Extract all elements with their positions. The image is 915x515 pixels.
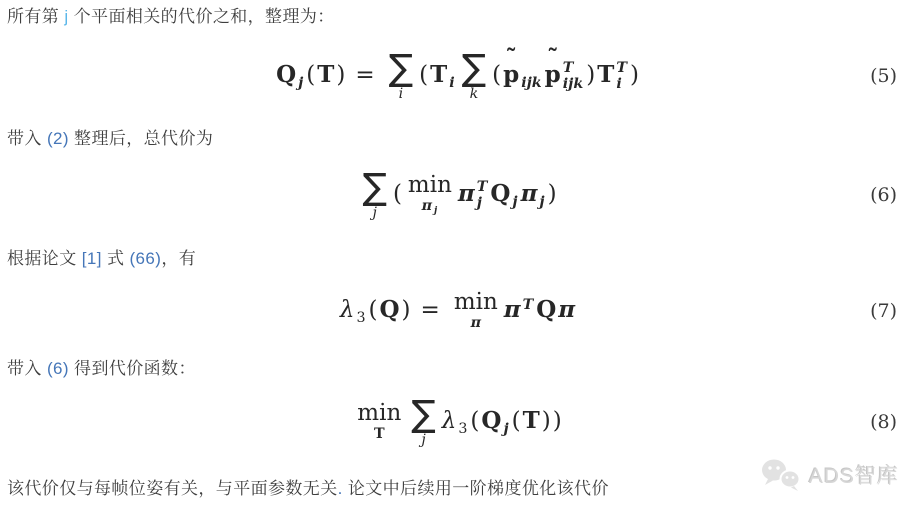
math-token: ∑ [389, 51, 413, 84]
math-token: i [449, 75, 454, 91]
math-token: π [422, 198, 432, 214]
math-token: j [512, 194, 517, 210]
math-token: j [477, 195, 482, 211]
math-token: ) [586, 62, 595, 88]
math-token: T [317, 61, 334, 88]
math-token: T [597, 61, 614, 88]
math-token: = [421, 297, 440, 323]
math-token: ( [470, 408, 479, 434]
math-token: λ3 [442, 408, 469, 434]
math-token: i [449, 75, 454, 91]
ref-link-paper-1[interactable]: [1] [82, 249, 102, 268]
math-token: T [523, 297, 534, 313]
math-token: = [355, 62, 374, 88]
math-token: = [355, 62, 374, 88]
math-token: T [615, 60, 628, 76]
math-token: j [512, 194, 517, 210]
math-token: Q [276, 61, 296, 88]
operator-limit: k [469, 87, 480, 101]
subscript: 3 [457, 421, 468, 437]
math-token: ) [630, 62, 639, 88]
math-token: ) [586, 62, 595, 88]
paragraph-1: 所有第 j 个平面相关的代价之和，整理为： [7, 5, 335, 29]
equation-6: ∑j(minπjπTjQjπj) (6) [0, 158, 915, 232]
math-token: πj [422, 198, 439, 214]
math-token: π [504, 296, 521, 323]
math-token: π [521, 180, 538, 207]
text-segment: 整理后，总代价为 [69, 129, 213, 148]
math-token: T [563, 60, 574, 76]
math-token: j [476, 195, 483, 211]
math-token: ( [393, 181, 402, 207]
text-segment: 该代价仅与每帧位姿有关，与平面参数无关 [7, 479, 338, 498]
subscript: i [448, 75, 455, 91]
math-token: ijk [563, 76, 583, 92]
math-token: T [616, 60, 627, 76]
math-token: j [539, 194, 544, 210]
equation-7-number: (7) [870, 300, 897, 322]
math-token: πTj [458, 180, 488, 207]
math-token: min [454, 291, 498, 314]
math-token: ˜ [547, 47, 559, 70]
math-token: ∑ [362, 170, 386, 203]
math-token: j [434, 206, 437, 216]
math-token: T [374, 426, 385, 442]
watermark-label: ADS智库 [809, 460, 899, 490]
math-token: ) [630, 62, 639, 88]
equation-8: minT∑jλ3(Qj(T)) (8) [0, 388, 915, 456]
equation-5: Qj(T)=∑i(Ti∑k(p˜ijkp˜Tijk)TTi) (5) [0, 40, 915, 112]
math-token: j [421, 432, 425, 448]
subscript: 3 [355, 310, 366, 326]
math-token: π [458, 180, 475, 207]
math-token: ( [512, 408, 521, 434]
operator-limit: i [398, 87, 405, 101]
math-token: T [523, 297, 534, 313]
sum-operator: ∑j [362, 170, 386, 220]
math-token: ) [336, 62, 345, 88]
math-token: ( [492, 62, 501, 88]
math-token: ( [419, 62, 428, 88]
math-token: ( [369, 297, 378, 323]
math-token: 3 [458, 421, 467, 437]
superscript-subscript: Tj [476, 179, 489, 212]
subscript: j [502, 421, 509, 437]
math-token: T [317, 61, 334, 88]
math-token: ) [542, 408, 551, 434]
math-token: j [503, 421, 508, 437]
math-token: π [558, 296, 575, 323]
math-token: i [615, 76, 622, 92]
math-token: ( [419, 62, 428, 88]
paragraph-5: 该代价仅与每帧位姿有关，与平面参数无关. 论文中后续用一阶梯度优化该代价 [7, 477, 609, 501]
math-token: min [357, 402, 401, 425]
equation-6-math: ∑j(minπjπTjQjπj) [357, 170, 557, 220]
math-token: j [298, 75, 303, 91]
math-token: i [399, 86, 404, 102]
superscript: T [522, 297, 535, 313]
math-token: ∑ [462, 51, 486, 84]
math-token: ( [306, 62, 315, 88]
math-token: j [503, 421, 508, 437]
math-token: T [477, 179, 488, 195]
math-token: TTi [597, 61, 628, 88]
tilde-accent: p˜ [545, 61, 561, 88]
math-token: πT [504, 296, 534, 323]
math-token: ) [542, 408, 551, 434]
math-token: T [477, 179, 488, 195]
math-token: ) [553, 408, 562, 434]
math-token: Q [536, 296, 556, 323]
text-segment: 论文中后续用一阶梯度优化该代价 [343, 479, 609, 498]
math-token: j [372, 205, 376, 221]
subscript: j [433, 207, 438, 216]
math-token: ( [470, 408, 479, 434]
text-segment: 带入 [7, 359, 47, 378]
math-token: ( [492, 62, 501, 88]
subscript: ijk [520, 75, 542, 91]
math-token: j [477, 195, 482, 211]
math-token: j [372, 205, 376, 221]
math-token: π [471, 315, 481, 331]
math-token: T [616, 60, 627, 76]
math-token: πj [521, 180, 546, 207]
sum-operator: ∑k [462, 51, 486, 101]
subscript: j [297, 75, 304, 91]
math-token: T [430, 61, 447, 88]
math-token: π [558, 296, 575, 323]
operator-limit: j [420, 433, 426, 447]
math-token: ) [336, 62, 345, 88]
math-token: T [563, 60, 574, 76]
math-token: ) [402, 297, 411, 323]
math-token: Q [380, 296, 400, 323]
math-token: ijk [562, 76, 584, 92]
math-token: ˜ [505, 47, 517, 70]
math-token: 3 [356, 310, 365, 326]
math-token: p˜ijk [503, 61, 543, 88]
math-token: ∑ [411, 397, 435, 430]
math-token: ) [548, 181, 557, 207]
math-token: k [470, 86, 479, 102]
math-token: i [616, 76, 621, 92]
paragraph-2: 带入 (2) 整理后，总代价为 [7, 127, 213, 151]
math-token: i [616, 76, 621, 92]
math-token: π [471, 315, 481, 331]
math-token: Q [380, 296, 400, 323]
math-token: T [476, 179, 489, 195]
text-segment: 根据论文 [7, 249, 82, 268]
text-segment: 带入 [7, 129, 47, 148]
math-token: λ [442, 408, 457, 434]
math-token: ijk [521, 75, 541, 91]
text-segment: 所有第 [7, 7, 64, 26]
math-token: Qj [276, 61, 304, 88]
min-operator: minT [357, 402, 401, 441]
equation-7: λ3(Q)=minππTQπ (7) [0, 282, 915, 340]
math-token: Qj [490, 180, 518, 207]
paragraph-4: 带入 (6) 得到代价函数： [7, 357, 196, 381]
math-token: Q [481, 407, 501, 434]
subscript: j [538, 194, 545, 210]
equation-8-number: (8) [870, 411, 897, 433]
wechat-watermark: ADS智库 [760, 457, 899, 493]
math-token: 3 [458, 421, 467, 437]
equation-7-math: λ3(Q)=minππTQπ [339, 291, 576, 330]
operator-limit: πj [421, 199, 440, 216]
math-token: ( [393, 181, 402, 207]
operator-limit: j [371, 206, 377, 220]
wechat-chat-bubbles-icon [760, 457, 802, 493]
min-operator: minπ [454, 291, 498, 330]
math-token: T [562, 60, 575, 76]
equation-5-number: (5) [870, 65, 897, 87]
math-token: ) [402, 297, 411, 323]
article-page: 所有第 j 个平面相关的代价之和，整理为： Qj(T)=∑i(Ti∑k(p˜ij… [0, 0, 915, 515]
ref-link-eq66[interactable]: (66) [130, 249, 162, 268]
math-token: ( [369, 297, 378, 323]
equation-5-math: Qj(T)=∑i(Ti∑k(p˜ijkp˜Tijk)TTi) [275, 51, 640, 101]
math-token: ) [548, 181, 557, 207]
text-segment: 个平面相关的代价之和，整理为： [69, 7, 335, 26]
math-token: ( [306, 62, 315, 88]
text-segment: 得到代价函数： [69, 359, 196, 378]
math-token: Q [536, 296, 556, 323]
math-token: T [374, 426, 385, 442]
math-token: j [539, 194, 544, 210]
ref-link-eq6[interactable]: (6) [47, 359, 69, 378]
equation-8-math: minT∑jλ3(Qj(T)) [352, 397, 562, 447]
min-operator: minπj [408, 174, 452, 216]
math-token: ) [553, 408, 562, 434]
text-segment: ，有 [161, 249, 196, 268]
operator-limit: π [470, 316, 482, 330]
math-token: i [399, 86, 404, 102]
math-token: j [421, 432, 425, 448]
math-token: T [523, 407, 540, 434]
math-token: min [408, 174, 452, 197]
ref-link-eq2[interactable]: (2) [47, 129, 69, 148]
math-token: Qj [481, 407, 509, 434]
math-token: ijk [521, 75, 541, 91]
math-token: = [421, 297, 440, 323]
math-token: k [470, 86, 479, 102]
sum-operator: ∑i [389, 51, 413, 101]
tilde-accent: p˜ [503, 61, 519, 88]
math-token: j [298, 75, 303, 91]
math-token: T [523, 407, 540, 434]
math-token: p˜Tijk [545, 61, 585, 88]
subscript: j [511, 194, 518, 210]
equation-6-number: (6) [870, 184, 897, 206]
math-token: λ3 [340, 297, 367, 323]
math-token: 3 [356, 310, 365, 326]
math-token: j [434, 206, 437, 216]
superscript-subscript: Ti [615, 60, 628, 93]
math-token: Q [490, 180, 510, 207]
math-token: ( [512, 408, 521, 434]
text-segment: 式 [102, 249, 130, 268]
math-token: λ [340, 297, 355, 323]
math-token: Ti [430, 61, 456, 88]
math-token: ijk [563, 76, 583, 92]
paragraph-3: 根据论文 [1] 式 (66)，有 [7, 247, 196, 271]
sum-operator: ∑j [411, 397, 435, 447]
superscript-subscript: Tijk [562, 60, 584, 93]
operator-limit: T [373, 427, 386, 441]
